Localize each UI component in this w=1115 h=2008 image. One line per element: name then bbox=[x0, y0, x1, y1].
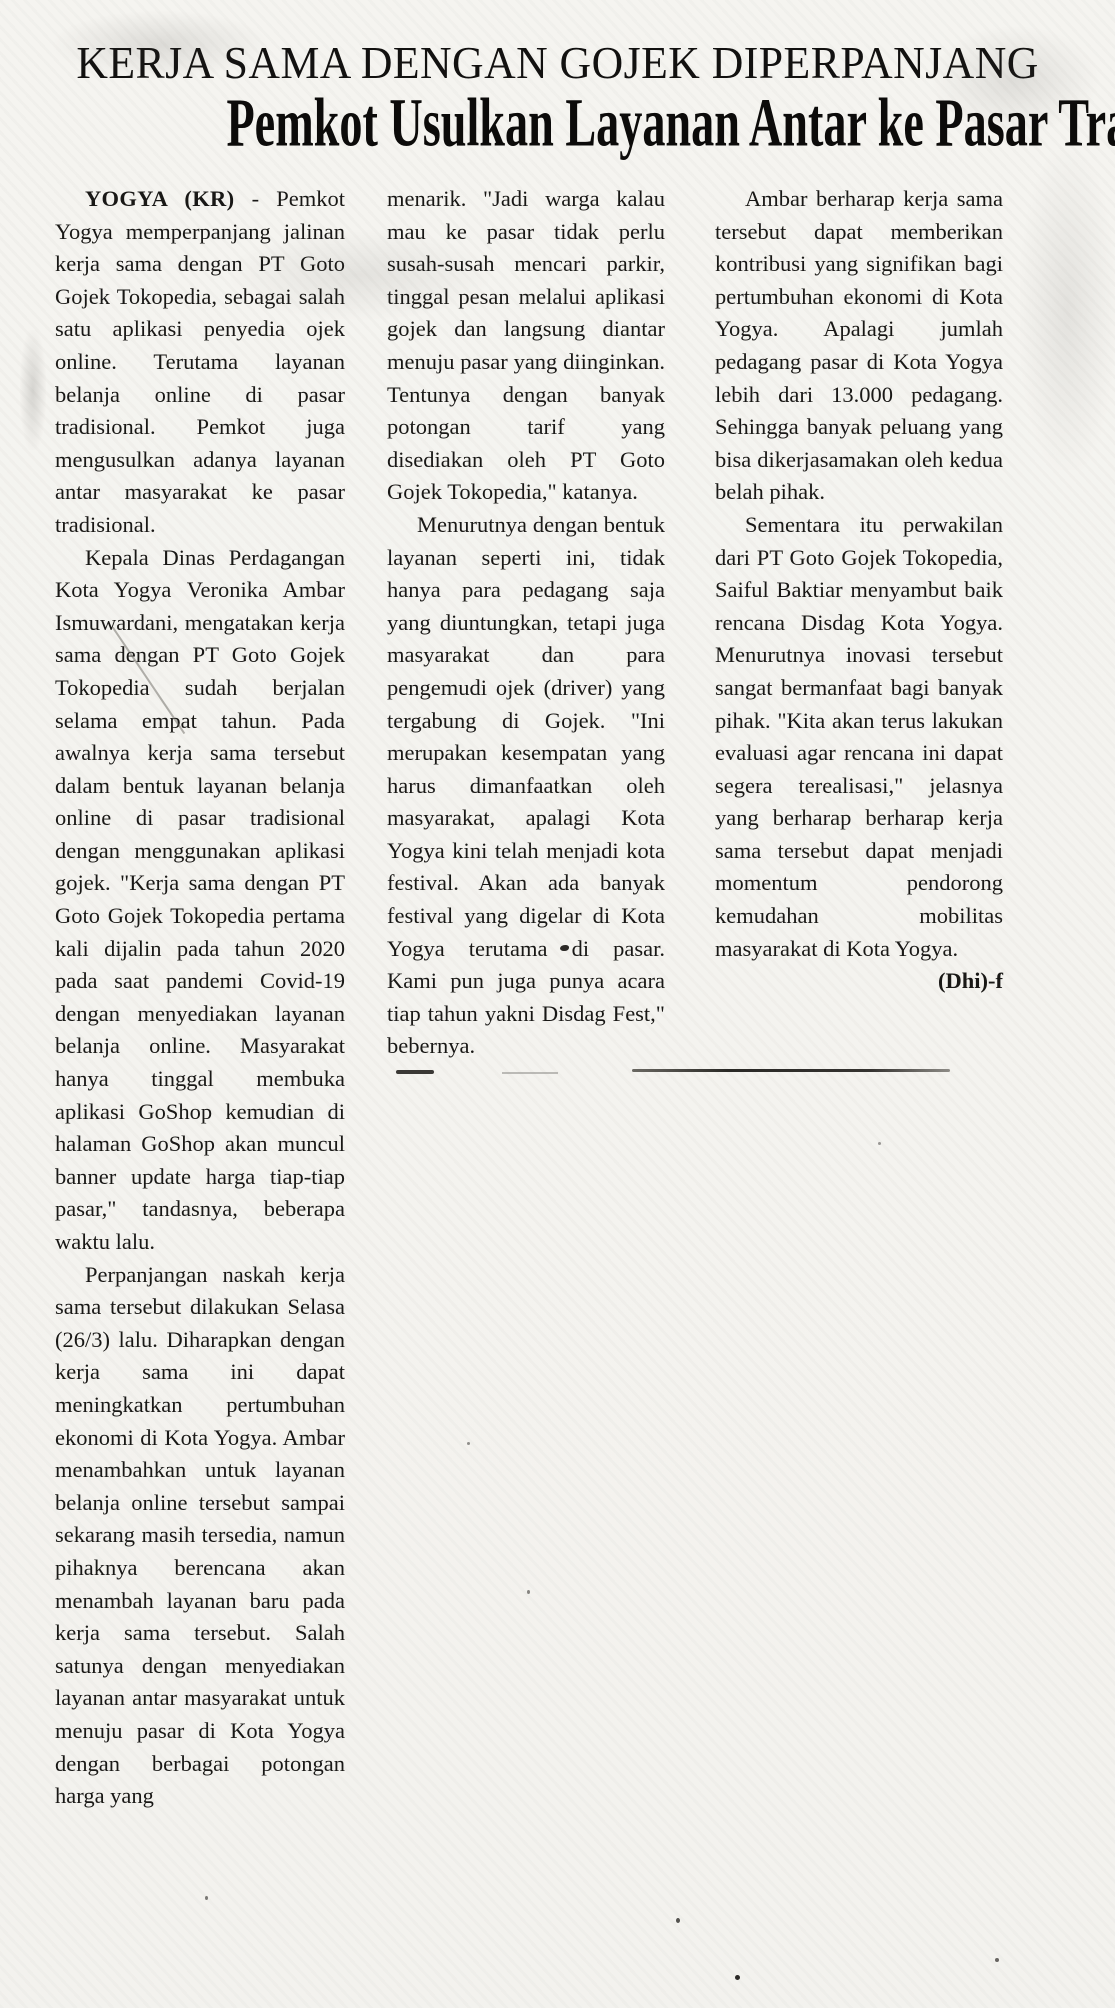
scan-smudge bbox=[20, 330, 46, 450]
article-paragraph: YOGYA (KR) - Pemkot Yogya memperpanjang … bbox=[55, 183, 345, 542]
article-column-1: YOGYA (KR) - Pemkot Yogya memperpanjang … bbox=[55, 183, 345, 1813]
dateline: YOGYA (KR) bbox=[85, 186, 234, 211]
article-paragraph: Perpanjangan naskah kerja sama tersebut … bbox=[55, 1259, 345, 1813]
scan-smudge bbox=[1020, 150, 1115, 470]
scan-speck bbox=[735, 1975, 740, 1980]
article-body: YOGYA (KR) - Pemkot Yogya memperpanjang … bbox=[55, 183, 1003, 1813]
article-end-rule bbox=[632, 1069, 950, 1072]
article-paragraph: Ambar berharap kerja sama tersebut dapat… bbox=[715, 183, 1003, 509]
scan-speck bbox=[205, 1896, 208, 1900]
article-paragraph: Menurutnya dengan bentuk layanan seperti… bbox=[387, 509, 665, 1063]
article-end-dash-faint bbox=[502, 1072, 558, 1074]
main-headline-row: Pemkot Usulkan Layanan Antar ke Pasar Tr… bbox=[0, 84, 1115, 160]
article-paragraph: menarik. "Jadi warga kalau mau ke pasar … bbox=[387, 183, 665, 509]
newspaper-clipping: KERJA SAMA DENGAN GOJEK DIPERPANJANG Pem… bbox=[0, 0, 1115, 2008]
author-credit: (Dhi)-f bbox=[908, 965, 1003, 998]
article-paragraph: Sementara itu perwakilan dari PT Goto Go… bbox=[715, 509, 1003, 965]
article-end-dash bbox=[396, 1070, 434, 1074]
article-paragraph: Kepala Dinas Perdagangan Kota Yogya Vero… bbox=[55, 542, 345, 1259]
kicker-headline-row: KERJA SAMA DENGAN GOJEK DIPERPANJANG bbox=[0, 36, 1115, 89]
article-column-3: Ambar berharap kerja sama tersebut dapat… bbox=[715, 183, 1003, 1813]
scan-speck bbox=[676, 1918, 680, 1923]
scan-speck bbox=[995, 1958, 999, 1962]
kicker-headline: KERJA SAMA DENGAN GOJEK DIPERPANJANG bbox=[76, 36, 1038, 89]
article-column-2: menarik. "Jadi warga kalau mau ke pasar … bbox=[387, 183, 665, 1813]
main-headline: Pemkot Usulkan Layanan Antar ke Pasar Tr… bbox=[226, 84, 1115, 163]
